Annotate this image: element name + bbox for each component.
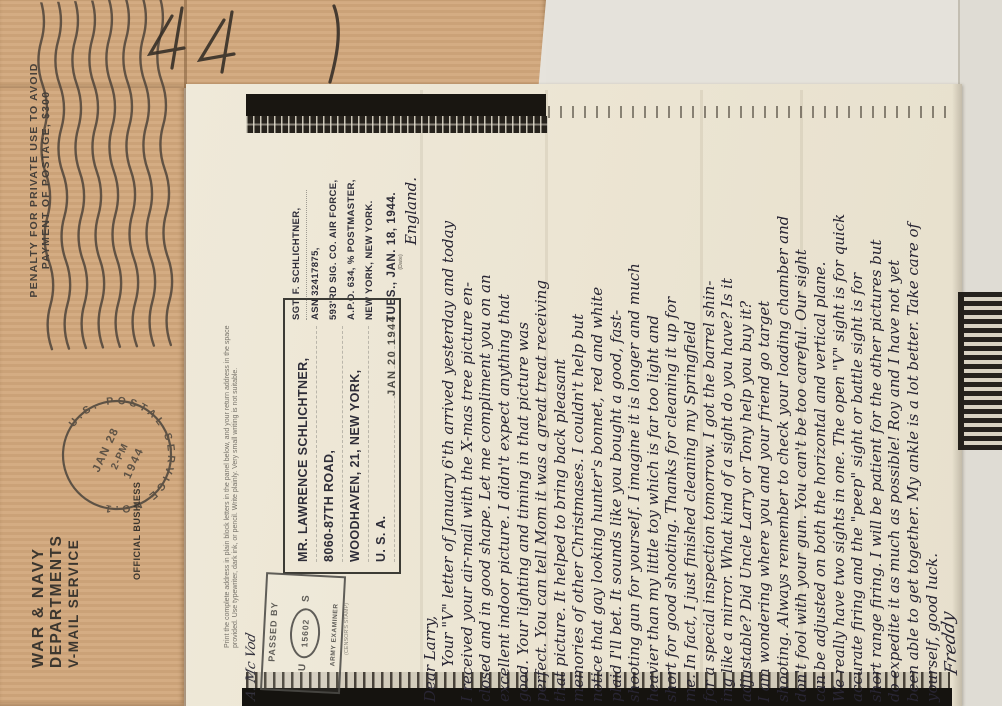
censor-number-oval: 15602: [288, 607, 321, 659]
recipient-address-block: MR. LAWRENCE SCHLICHTNER, 8060-87TH ROAD…: [291, 304, 395, 562]
official-business-label: OFFICIAL BUSINESS: [132, 486, 148, 580]
handwriting-line: closed and in good shape. Let me complim…: [476, 122, 495, 702]
handwriting-line: good. Your lighting and timing in that p…: [514, 122, 533, 702]
censor-u: U: [297, 664, 308, 672]
censor-stamp: PASSED BY U 15602 S ARMY EXAMINER: [260, 572, 346, 694]
handwriting-line: notice that gay looking hunter's bonnet,…: [588, 122, 607, 702]
handwriting-line: accurate firing and the "peep" sight or …: [848, 122, 867, 702]
handwriting-line: do expedite it as much as possible! Roy …: [885, 122, 904, 702]
form-instructions: Print the complete address in plain bloc…: [224, 116, 242, 648]
sender-line: ASN 32417875,: [307, 130, 325, 320]
handwriting-line: Dear Larry,: [421, 122, 440, 702]
sender-line: NEW YORK, NEW YORK.: [361, 130, 379, 320]
address-line: 8060-87TH ROAD,: [317, 326, 343, 562]
form-instructions-line2: provided. Use typewriter, dark ink, or p…: [232, 116, 240, 648]
photo-black-bar-top: [246, 94, 546, 116]
handwriting-line: shooting gun for yourself. I imagine it …: [625, 122, 644, 702]
handwriting-line: been able to get together. My ankle is a…: [904, 122, 923, 702]
sender-address-block: SGT. F. SCHLICHTNER, ASN 32417875, 593'R…: [288, 130, 380, 320]
handwriting-line: memories of other Christmases. I couldn'…: [569, 122, 588, 702]
handwriting-line: plaid I'll bet. It sounds like you bough…: [607, 122, 626, 702]
penalty-line2: PAYMENT OF POSTAGE, $300: [40, 44, 52, 316]
handwriting-line: I received your air-mail with the X-mas …: [458, 122, 477, 702]
censor-examiner: ARMY EXAMINER: [329, 603, 339, 666]
censor-stamp-label: (CENSOR'S STAMP): [344, 573, 354, 655]
handwriting-line: Your "V" letter of January 6'th arrived …: [439, 122, 458, 702]
penalty-notice: PENALTY FOR PRIVATE USE TO AVOID PAYMENT…: [28, 44, 64, 316]
war-navy-departments: WAR & NAVY DEPARTMENTS V-MAIL SERVICE: [30, 468, 112, 668]
handwriting-line: don't fool with your gun. You can't be t…: [792, 122, 811, 702]
censor-signature: A. Mc Vod: [244, 578, 262, 700]
dept-line2: DEPARTMENTS: [48, 468, 66, 668]
handwriting-line: adjustable? Did Uncle Larry or Tony help…: [737, 122, 756, 702]
handwriting-line: shooting. Always remember to check your …: [774, 122, 793, 702]
letter-body: England. Dear Larry, Your "V" letter of …: [402, 122, 964, 702]
address-line: WOODHAVEN, 21, NEW YORK,: [343, 326, 369, 562]
censor-number: 15602: [299, 618, 310, 647]
handwriting-line: that picture. It helped to bring back pl…: [551, 122, 570, 702]
censor-s: S: [301, 595, 312, 602]
handwriting-line: can be adjusted on both the horizontal a…: [811, 122, 830, 702]
date-value: TUES., JAN. 18, 1944.: [386, 136, 398, 322]
handwriting-line: excellent indoor picture. I didn't expec…: [495, 122, 514, 702]
form-instructions-line1: Print the complete address in plain bloc…: [224, 116, 232, 648]
handwriting-line: for a special inspection tomorrow. I got…: [700, 122, 719, 702]
censor-signature-text: A. Mc Vod: [244, 631, 259, 701]
handwriting-line: short for good shooting. Thanks for clea…: [662, 122, 681, 702]
handwriting-line: We really have two sights in one. The op…: [830, 122, 849, 702]
vmail-stripe-stamp: [958, 292, 1002, 450]
address-line: MR. LAWRENCE SCHLICHTNER,: [291, 326, 317, 562]
censor-passed-by: PASSED BY: [267, 601, 280, 662]
pen-scribble-icon: [138, 2, 368, 88]
dept-line1: WAR & NAVY: [30, 468, 48, 668]
dept-line3: V-MAIL SERVICE: [66, 468, 81, 668]
handwriting-line: heavier than my little toy which is far …: [644, 122, 663, 702]
handwriting-line: perfect. You can tell Mom it was a great…: [532, 122, 551, 702]
address-line: U. S. A.: [369, 326, 395, 562]
handwriting-line: ing like a mirror. What kind of a sight …: [718, 122, 737, 702]
sender-line: 593'RD SIG. CO. AIR FORCE,: [325, 130, 343, 320]
handwriting-line: short range firing. I will be patient fo…: [867, 122, 886, 702]
background-surface-top: [546, 0, 1002, 86]
signature: Freddy: [941, 122, 960, 702]
penalty-line1: PENALTY FOR PRIVATE USE TO AVOID: [28, 44, 40, 316]
signature-text: Freddy: [939, 610, 962, 676]
handwriting-line: England.: [402, 122, 421, 702]
film-edge-ticks-top: [548, 106, 956, 118]
handwriting-line: I am wondering where you and your friend…: [755, 122, 774, 702]
sender-line: A.P.O. 634, % POSTMASTER,: [343, 130, 361, 320]
handwriting-line: me. In fact, I just finished cleaning my…: [681, 122, 700, 702]
